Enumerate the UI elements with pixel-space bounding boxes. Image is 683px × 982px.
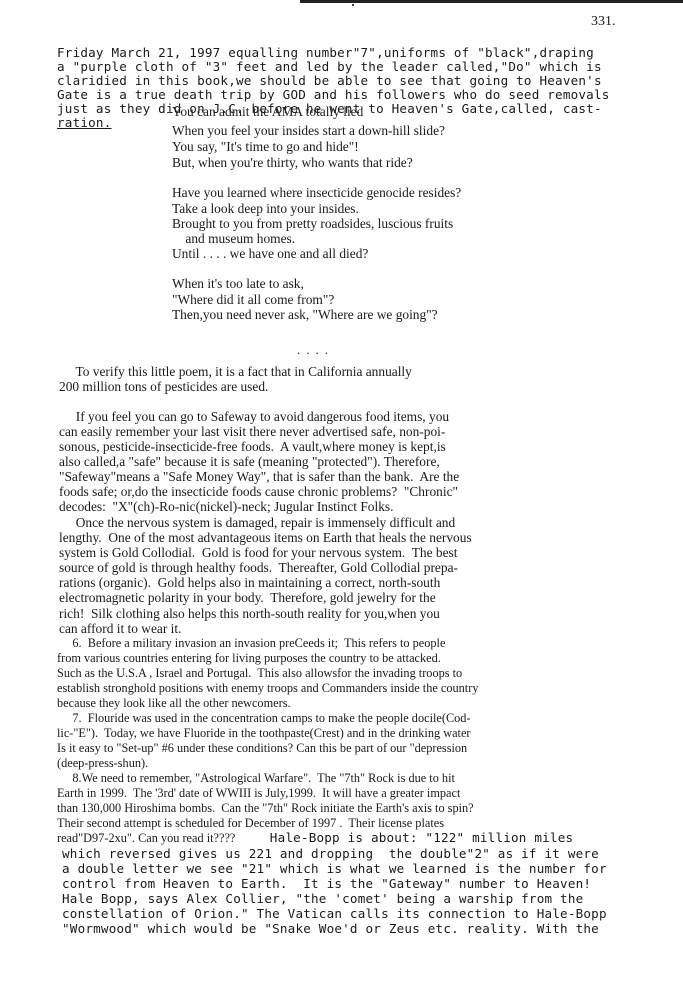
text-line: Such as the U.S.A , Israel and Portugal.… — [57, 666, 462, 681]
text-line: system is Gold Collodial. Gold is food f… — [59, 545, 457, 560]
text-line: lic-"E"). Today, we have Fluoride in the… — [57, 726, 471, 741]
text-line: constellation of Orion." The Vatican cal… — [62, 907, 607, 922]
poem-line: Have you learned where insecticide genoc… — [172, 185, 461, 200]
text-line: can afford it to wear it. — [59, 621, 181, 636]
text-line: Earth in 1999. The '3rd' date of WWIII i… — [57, 786, 460, 801]
text-line: Hale Bopp, says Alex Collier, "the 'come… — [62, 892, 583, 907]
text-line: "Wormwood" which would be "Snake Woe'd o… — [62, 922, 599, 937]
overprinted-line: You can admit the AMA totally lied — [172, 104, 363, 120]
section-separator: .... — [297, 342, 334, 358]
poem-line: When you feel your insides start a down-… — [172, 123, 445, 138]
poem-line: Until . . . . we have one and all died? — [172, 246, 368, 261]
poem-line: Brought to you from pretty roadsides, lu… — [172, 216, 453, 231]
text-line: To verify this little poem, it is a fact… — [59, 364, 412, 379]
text-line: sonous, pesticide-insecticide-free foods… — [59, 439, 446, 454]
poem-line: But, when you're thirty, who wants that … — [172, 155, 413, 170]
text-line: 200 million tons of pesticides are used. — [59, 379, 268, 394]
text-line: read"D97-2xu". Can you read it???? — [57, 831, 235, 846]
text-line: Is it easy to "Set-up" #6 under these co… — [57, 741, 467, 756]
scan-speck — [352, 4, 354, 6]
text-line: control from Heaven to Earth. It is the … — [62, 877, 591, 892]
text-line: electromagnetic polarity in your body. T… — [59, 590, 436, 605]
page-number: 331. — [591, 14, 616, 30]
text-line: decodes: "X"(ch)-Ro-nic(nickel)-neck; Ju… — [59, 499, 393, 514]
text-line: than 130,000 Hiroshima bombs. Can the "7… — [57, 801, 474, 816]
text-line: (deep-press-shun). — [57, 756, 148, 771]
text-line: If you feel you can go to Safeway to avo… — [59, 409, 449, 424]
poem-line: and museum homes. — [172, 231, 295, 246]
text-line: Once the nervous system is damaged, repa… — [59, 515, 455, 530]
poem-line: You say, "It's time to go and hide"! — [172, 139, 359, 154]
text-line: ration. — [57, 116, 111, 131]
text-line: from various countries entering for livi… — [57, 651, 441, 666]
text-line: rich! Silk clothing also helps this nort… — [59, 606, 440, 621]
text-line: source of gold is through healthy foods.… — [59, 560, 458, 575]
text-line: "Safeway"means a "Safe Money Way", that … — [59, 469, 459, 484]
text-line: lengthy. One of the most advantageous it… — [59, 530, 472, 545]
poem-line: Take a look deep into your insides. — [172, 201, 359, 216]
poem-line: When it's too late to ask, — [172, 276, 304, 291]
text-line: establish stronghold positions with enem… — [57, 681, 478, 696]
text-line: also called,a "safe" because it is safe … — [59, 454, 440, 469]
text-line: 8.We need to remember, "Astrological War… — [57, 771, 455, 786]
text-line: rations (organic). Gold helps also in ma… — [59, 575, 440, 590]
text-line: foods safe; or,do the insecticide foods … — [59, 484, 458, 499]
text-line: can easily remember your last visit ther… — [59, 424, 445, 439]
text-line: because they look like all the other new… — [57, 696, 291, 711]
text-line: 6. Before a military invasion an invasio… — [57, 636, 445, 651]
scan-edge-bar — [300, 0, 683, 3]
text-line: 7. Flouride was used in the concentratio… — [57, 711, 471, 726]
poem-line: "Where did it all come from"? — [172, 292, 334, 307]
text-line: a double letter we see "21" which is wha… — [62, 862, 607, 877]
text-line: which reversed gives us 221 and dropping… — [62, 847, 599, 862]
text-line: Hale-Bopp is about: "122" million miles — [262, 831, 573, 846]
poem-line: Then,you need never ask, "Where are we g… — [172, 307, 438, 322]
